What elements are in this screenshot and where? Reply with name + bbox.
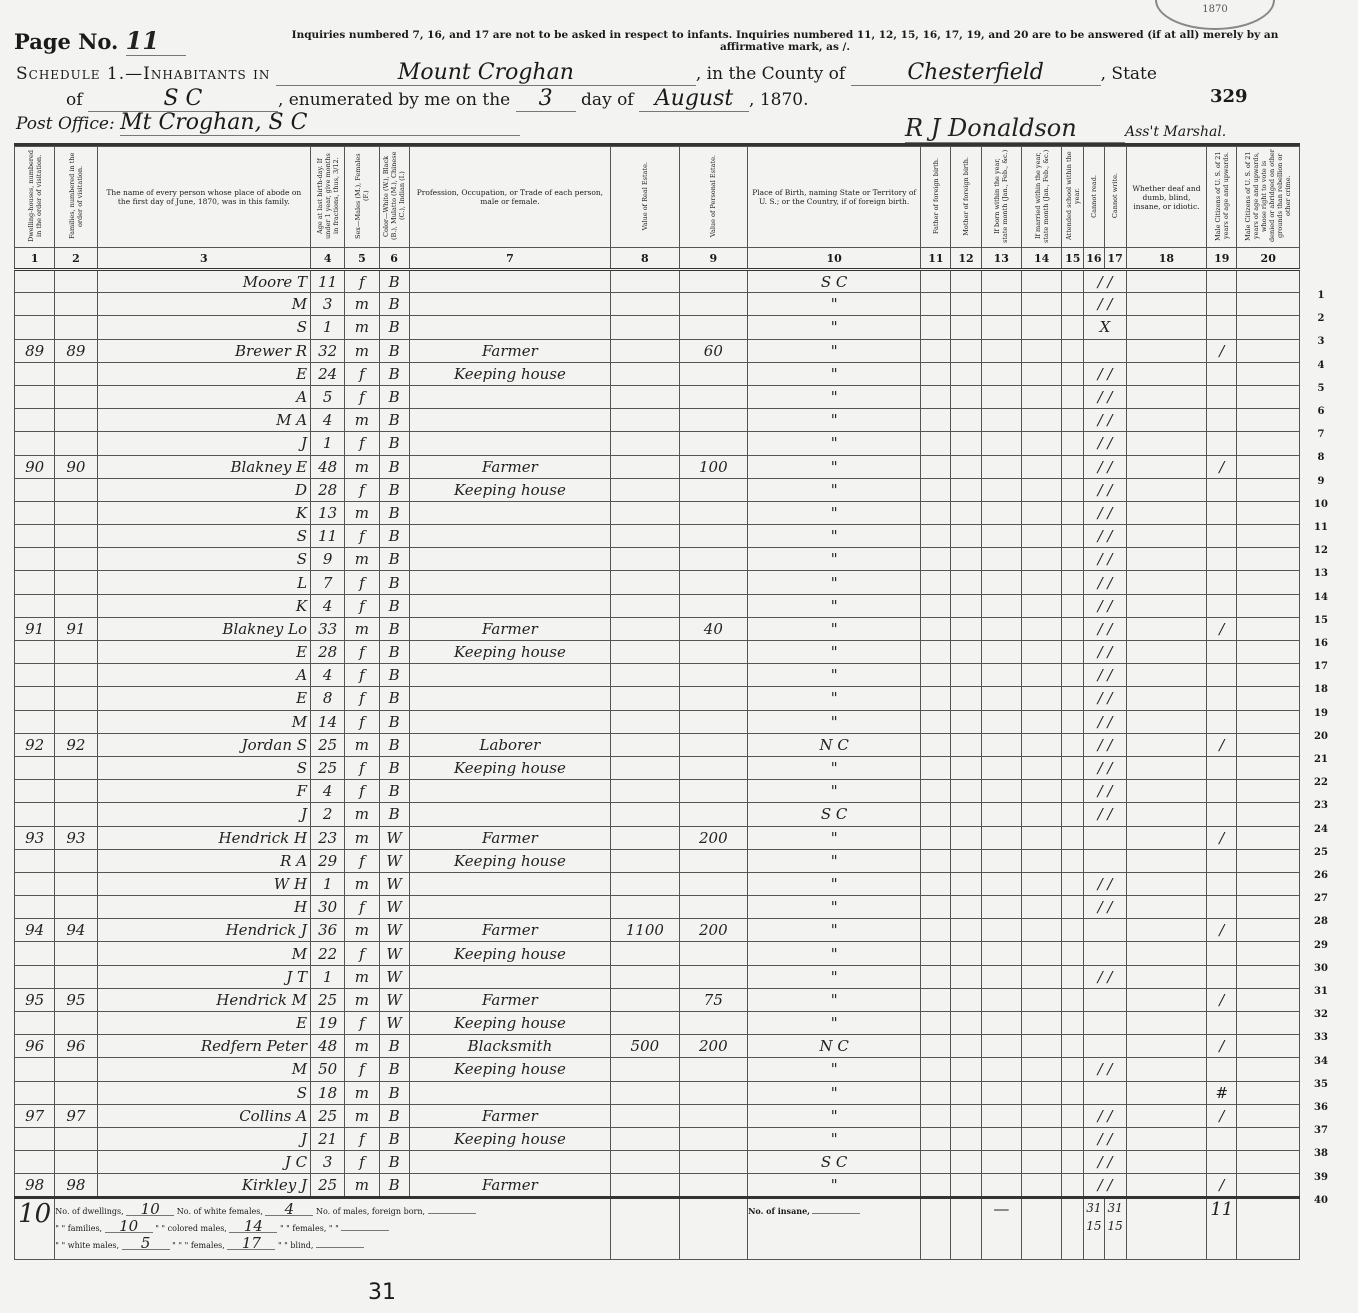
cell-real-estate	[611, 478, 679, 501]
cell-birthplace: "	[748, 501, 921, 524]
cell-birthplace: "	[748, 293, 921, 316]
cell-edu: / /	[1084, 896, 1126, 919]
cell-citizen	[1207, 896, 1237, 919]
cell-color: W	[379, 988, 409, 1011]
table-row: 9595Hendrick M25mWFarmer75"/	[15, 988, 1300, 1011]
cell-name: D	[97, 478, 310, 501]
cell-color: W	[379, 942, 409, 965]
cell-citizen	[1207, 641, 1237, 664]
cell-age: 4	[311, 594, 345, 617]
table-row: A4fB"/ /	[15, 664, 1300, 687]
cell-age: 21	[311, 1127, 345, 1150]
line-number: 12	[1306, 545, 1336, 556]
cell-dwelling	[15, 664, 55, 687]
cell-personal-estate	[679, 780, 747, 803]
cell-name: Hendrick M	[97, 988, 310, 1011]
cell-family	[55, 641, 97, 664]
cell-sex: m	[345, 919, 379, 942]
cannot-write-total: 3115	[1104, 1197, 1126, 1259]
cell-age: 4	[311, 664, 345, 687]
cell-citizen	[1207, 687, 1237, 710]
cell-family	[55, 1058, 97, 1081]
cell-real-estate	[611, 501, 679, 524]
line-number: 9	[1306, 476, 1336, 487]
cell-dwelling	[15, 1151, 55, 1174]
cell-personal-estate	[679, 362, 747, 385]
cell-dwelling	[15, 409, 55, 432]
cell-real-estate	[611, 385, 679, 408]
cell-name: J C	[97, 1151, 310, 1174]
table-row: 9797Collins A25mBFarmer"/ //	[15, 1104, 1300, 1127]
cannot-read-total: 3115	[1084, 1197, 1104, 1259]
cell-edu: / /	[1084, 478, 1126, 501]
cell-name: M A	[97, 409, 310, 432]
cell-real-estate	[611, 339, 679, 362]
cell-sex: f	[345, 270, 379, 293]
cell-real-estate	[611, 687, 679, 710]
cell-family	[55, 1127, 97, 1150]
cell-personal-estate	[679, 756, 747, 779]
cell-edu	[1084, 1012, 1126, 1035]
cell-sex: f	[345, 1058, 379, 1081]
cell-citizen	[1207, 942, 1237, 965]
cell-birthplace: "	[748, 849, 921, 872]
cell-age: 50	[311, 1058, 345, 1081]
cell-edu: / /	[1084, 687, 1126, 710]
cell-age: 24	[311, 362, 345, 385]
cell-dwelling	[15, 710, 55, 733]
table-row: E24fBKeeping house"/ /	[15, 362, 1300, 385]
table-row: S9mB"/ /	[15, 548, 1300, 571]
cell-family: 91	[55, 617, 97, 640]
cell-birthplace: "	[748, 965, 921, 988]
cell-dwelling	[15, 362, 55, 385]
cell-color: B	[379, 409, 409, 432]
cell-personal-estate: 75	[679, 988, 747, 1011]
cell-edu	[1084, 988, 1126, 1011]
cell-birthplace: "	[748, 1174, 921, 1197]
line-number: 7	[1306, 429, 1336, 440]
cell-citizen: /	[1207, 919, 1237, 942]
table-row: M A4mB"/ /	[15, 409, 1300, 432]
cell-personal-estate	[679, 548, 747, 571]
col-header-5: Sex—Males (M.), Females (F.)	[345, 147, 379, 248]
line-number: 28	[1306, 916, 1336, 927]
cell-color: B	[379, 548, 409, 571]
col-header-11: Father of foreign birth.	[921, 147, 951, 248]
cell-age: 25	[311, 756, 345, 779]
cell-sex: f	[345, 942, 379, 965]
cell-dwelling: 91	[15, 617, 55, 640]
table-row: A5fB"/ /	[15, 385, 1300, 408]
cell-age: 25	[311, 988, 345, 1011]
cell-occupation: Laborer	[409, 733, 610, 756]
cell-name: J	[97, 1127, 310, 1150]
cell-name: L	[97, 571, 310, 594]
table-row: S11fB"/ /	[15, 525, 1300, 548]
cell-citizen	[1207, 594, 1237, 617]
cell-dwelling	[15, 756, 55, 779]
cell-family	[55, 1081, 97, 1104]
cell-dwelling: 97	[15, 1104, 55, 1127]
census-table: Dwelling-houses, numbered in the order o…	[14, 143, 1300, 1260]
cell-edu: / /	[1084, 270, 1126, 293]
cell-age: 11	[311, 270, 345, 293]
cell-family	[55, 409, 97, 432]
cell-real-estate	[611, 942, 679, 965]
cell-sex: m	[345, 455, 379, 478]
cell-age: 1	[311, 316, 345, 339]
cell-citizen: /	[1207, 339, 1237, 362]
cell-age: 1	[311, 872, 345, 895]
cell-name: J T	[97, 965, 310, 988]
cell-personal-estate: 100	[679, 455, 747, 478]
cell-name: Brewer R	[97, 339, 310, 362]
cell-birthplace: "	[748, 942, 921, 965]
cell-color: W	[379, 1012, 409, 1035]
table-row: E28fBKeeping house"/ /	[15, 641, 1300, 664]
cell-occupation	[409, 1151, 610, 1174]
cell-dwelling: 89	[15, 339, 55, 362]
cell-color: B	[379, 641, 409, 664]
cell-color: B	[379, 1081, 409, 1104]
cell-real-estate	[611, 362, 679, 385]
cell-sex: f	[345, 525, 379, 548]
cell-edu: / /	[1084, 432, 1126, 455]
cell-citizen	[1207, 1012, 1237, 1035]
table-row: K4fB"/ /	[15, 594, 1300, 617]
cell-name: S	[97, 548, 310, 571]
col-header-1: Dwelling-houses, numbered in the order o…	[15, 147, 55, 248]
cell-personal-estate	[679, 478, 747, 501]
cell-birthplace: S C	[748, 803, 921, 826]
schedule-line: Schedule 1.—Inhabitants in Mount Croghan…	[16, 60, 1157, 86]
cell-family	[55, 756, 97, 779]
cell-edu: / /	[1084, 1058, 1126, 1081]
cell-sex: f	[345, 478, 379, 501]
cell-birthplace: "	[748, 409, 921, 432]
cell-personal-estate	[679, 1104, 747, 1127]
line-number: 40	[1306, 1195, 1336, 1206]
cell-sex: f	[345, 1127, 379, 1150]
cell-name: M	[97, 710, 310, 733]
cell-dwelling	[15, 316, 55, 339]
cell-edu: / /	[1084, 501, 1126, 524]
cell-family	[55, 501, 97, 524]
cell-family	[55, 548, 97, 571]
cell-real-estate	[611, 455, 679, 478]
line-number: 1	[1306, 290, 1336, 301]
cell-name: H	[97, 896, 310, 919]
cell-family	[55, 710, 97, 733]
line-number: 17	[1306, 661, 1336, 672]
table-row: F4fB"/ /	[15, 780, 1300, 803]
cell-family	[55, 478, 97, 501]
cell-real-estate	[611, 548, 679, 571]
state-field: S C	[88, 86, 278, 112]
cell-edu: / /	[1084, 409, 1126, 432]
cell-sex: f	[345, 641, 379, 664]
cell-personal-estate	[679, 501, 747, 524]
cell-edu	[1084, 1081, 1126, 1104]
table-row: 9090Blakney E48mBFarmer100"/ //	[15, 455, 1300, 478]
cell-sex: m	[345, 617, 379, 640]
cell-real-estate	[611, 432, 679, 455]
cell-real-estate	[611, 803, 679, 826]
cell-age: 2	[311, 803, 345, 826]
cell-dwelling: 94	[15, 919, 55, 942]
enumeration-line: of S C, enumerated by me on the 3 day of…	[66, 86, 809, 112]
line-number: 6	[1306, 406, 1336, 417]
cell-personal-estate	[679, 733, 747, 756]
cell-name: W H	[97, 872, 310, 895]
cell-citizen	[1207, 710, 1237, 733]
cell-age: 28	[311, 641, 345, 664]
cell-edu: / /	[1084, 1104, 1126, 1127]
cell-name: M	[97, 293, 310, 316]
cell-family: 92	[55, 733, 97, 756]
cell-dwelling	[15, 501, 55, 524]
cell-name: Kirkley J	[97, 1174, 310, 1197]
marshal-signature: R J Donaldson	[905, 114, 1125, 143]
cell-real-estate	[611, 1151, 679, 1174]
cell-personal-estate	[679, 1058, 747, 1081]
line-number: 34	[1306, 1056, 1336, 1067]
cell-real-estate	[611, 849, 679, 872]
cell-color: B	[379, 780, 409, 803]
cell-real-estate	[611, 525, 679, 548]
cell-birthplace: S C	[748, 1151, 921, 1174]
cell-family: 97	[55, 1104, 97, 1127]
cell-age: 11	[311, 525, 345, 548]
cell-name: S	[97, 756, 310, 779]
cell-personal-estate	[679, 664, 747, 687]
cell-occupation	[409, 780, 610, 803]
cell-age: 3	[311, 1151, 345, 1174]
cell-personal-estate	[679, 1151, 747, 1174]
cell-name: Blakney E	[97, 455, 310, 478]
cell-real-estate	[611, 293, 679, 316]
cell-sex: f	[345, 849, 379, 872]
cell-age: 30	[311, 896, 345, 919]
cell-personal-estate	[679, 803, 747, 826]
cell-citizen	[1207, 571, 1237, 594]
cell-name: Blakney Lo	[97, 617, 310, 640]
cell-sex: f	[345, 362, 379, 385]
cell-personal-estate	[679, 525, 747, 548]
cell-birthplace: "	[748, 664, 921, 687]
cell-family: 89	[55, 339, 97, 362]
marshal-signature-line: R J DonaldsonAss't Marshal.	[905, 114, 1226, 143]
cell-dwelling: 96	[15, 1035, 55, 1058]
cell-age: 28	[311, 478, 345, 501]
line-number: 25	[1306, 847, 1336, 858]
cell-citizen	[1207, 501, 1237, 524]
cell-real-estate	[611, 664, 679, 687]
cell-real-estate	[611, 316, 679, 339]
cell-personal-estate	[679, 385, 747, 408]
cell-birthplace: "	[748, 525, 921, 548]
cell-citizen	[1207, 849, 1237, 872]
cell-dwelling: 90	[15, 455, 55, 478]
cell-citizen	[1207, 478, 1237, 501]
cell-personal-estate: 40	[679, 617, 747, 640]
cell-occupation	[409, 965, 610, 988]
table-row: M3mB"/ /	[15, 293, 1300, 316]
cell-sex: f	[345, 687, 379, 710]
cell-name: K	[97, 501, 310, 524]
cell-occupation: Keeping house	[409, 478, 610, 501]
cell-occupation: Keeping house	[409, 756, 610, 779]
cell-edu: / /	[1084, 548, 1126, 571]
line-number: 29	[1306, 940, 1336, 951]
cell-real-estate	[611, 1012, 679, 1035]
cell-occupation	[409, 594, 610, 617]
cell-real-estate: 500	[611, 1035, 679, 1058]
cell-personal-estate	[679, 1127, 747, 1150]
line-number: 33	[1306, 1032, 1336, 1043]
line-number: 20	[1306, 731, 1336, 742]
table-row: W H1mW"/ /	[15, 872, 1300, 895]
cell-dwelling	[15, 641, 55, 664]
cell-edu: X	[1084, 316, 1126, 339]
cell-real-estate	[611, 270, 679, 293]
cell-family: 95	[55, 988, 97, 1011]
cell-color: W	[379, 919, 409, 942]
cell-birthplace: "	[748, 548, 921, 571]
cell-name: Moore T	[97, 270, 310, 293]
table-row: J C3fBS C/ /	[15, 1151, 1300, 1174]
cell-birthplace: "	[748, 385, 921, 408]
line-number: 3	[1306, 336, 1336, 347]
cell-family	[55, 385, 97, 408]
col-header-2: Families, numbered in the order of visit…	[55, 147, 97, 248]
cell-personal-estate	[679, 1174, 747, 1197]
cell-age: 19	[311, 1012, 345, 1035]
cell-personal-estate	[679, 896, 747, 919]
cell-dwelling: 93	[15, 826, 55, 849]
table-row: K13mB"/ /	[15, 501, 1300, 524]
cell-color: B	[379, 1058, 409, 1081]
cell-birthplace: "	[748, 710, 921, 733]
cell-real-estate	[611, 896, 679, 919]
col-header-17: Cannot write.	[1104, 147, 1126, 248]
cell-edu: / /	[1084, 385, 1126, 408]
cell-real-estate	[611, 710, 679, 733]
cell-family: 96	[55, 1035, 97, 1058]
cell-color: B	[379, 1104, 409, 1127]
cell-sex: m	[345, 339, 379, 362]
cell-citizen	[1207, 965, 1237, 988]
cell-occupation	[409, 270, 610, 293]
cell-sex: f	[345, 780, 379, 803]
line-number: 32	[1306, 1009, 1336, 1020]
cell-edu: / /	[1084, 756, 1126, 779]
cell-family	[55, 803, 97, 826]
cell-real-estate: 1100	[611, 919, 679, 942]
cell-age: 25	[311, 1104, 345, 1127]
line-number: 4	[1306, 360, 1336, 371]
cell-real-estate	[611, 1127, 679, 1150]
line-number: 15	[1306, 615, 1336, 626]
cell-occupation: Farmer	[409, 1174, 610, 1197]
cell-birthplace: "	[748, 1012, 921, 1035]
cell-sex: f	[345, 571, 379, 594]
cell-dwelling	[15, 548, 55, 571]
cell-age: 14	[311, 710, 345, 733]
cell-citizen: /	[1207, 617, 1237, 640]
table-row: M14fB"/ /	[15, 710, 1300, 733]
cell-personal-estate	[679, 571, 747, 594]
cell-color: B	[379, 1151, 409, 1174]
cell-color: W	[379, 965, 409, 988]
cell-name: E	[97, 687, 310, 710]
table-row: J T1mW"/ /	[15, 965, 1300, 988]
cell-family	[55, 293, 97, 316]
cell-occupation	[409, 409, 610, 432]
cell-occupation	[409, 664, 610, 687]
cell-citizen	[1207, 432, 1237, 455]
cell-dwelling: 98	[15, 1174, 55, 1197]
line-number: 30	[1306, 963, 1336, 974]
cell-occupation: Keeping house	[409, 362, 610, 385]
cell-dwelling	[15, 270, 55, 293]
cell-color: B	[379, 664, 409, 687]
cell-dwelling	[15, 687, 55, 710]
cell-color: B	[379, 525, 409, 548]
cell-real-estate	[611, 872, 679, 895]
cell-age: 13	[311, 501, 345, 524]
cell-color: B	[379, 594, 409, 617]
cell-age: 23	[311, 826, 345, 849]
cell-edu: / /	[1084, 455, 1126, 478]
line-number: 23	[1306, 800, 1336, 811]
line-number: 11	[1306, 522, 1336, 533]
col-header-20: Male Citizens of U. S. of 21 years of ag…	[1237, 147, 1300, 248]
cell-dwelling	[15, 1081, 55, 1104]
line-number: 27	[1306, 893, 1336, 904]
cell-sex: m	[345, 872, 379, 895]
cell-personal-estate	[679, 1012, 747, 1035]
cell-citizen	[1207, 409, 1237, 432]
line-number: 31	[1306, 986, 1336, 997]
margin-tally: 10	[15, 1197, 55, 1259]
cell-edu	[1084, 849, 1126, 872]
cell-name: R A	[97, 849, 310, 872]
cell-personal-estate	[679, 594, 747, 617]
cell-age: 5	[311, 385, 345, 408]
cell-dwelling	[15, 849, 55, 872]
cell-age: 33	[311, 617, 345, 640]
cell-sex: m	[345, 548, 379, 571]
cell-personal-estate	[679, 270, 747, 293]
cell-color: B	[379, 571, 409, 594]
footer-page-number: 31	[368, 1280, 396, 1305]
county-field: Chesterfield	[851, 60, 1101, 86]
cell-name: Jordan S	[97, 733, 310, 756]
cell-color: B	[379, 362, 409, 385]
cell-edu: / /	[1084, 362, 1126, 385]
cell-age: 48	[311, 455, 345, 478]
cell-color: B	[379, 733, 409, 756]
cell-sex: m	[345, 803, 379, 826]
cell-edu	[1084, 919, 1126, 942]
cell-age: 48	[311, 1035, 345, 1058]
cell-family	[55, 270, 97, 293]
cell-birthplace: "	[748, 641, 921, 664]
cell-real-estate	[611, 733, 679, 756]
cell-name: Hendrick J	[97, 919, 310, 942]
